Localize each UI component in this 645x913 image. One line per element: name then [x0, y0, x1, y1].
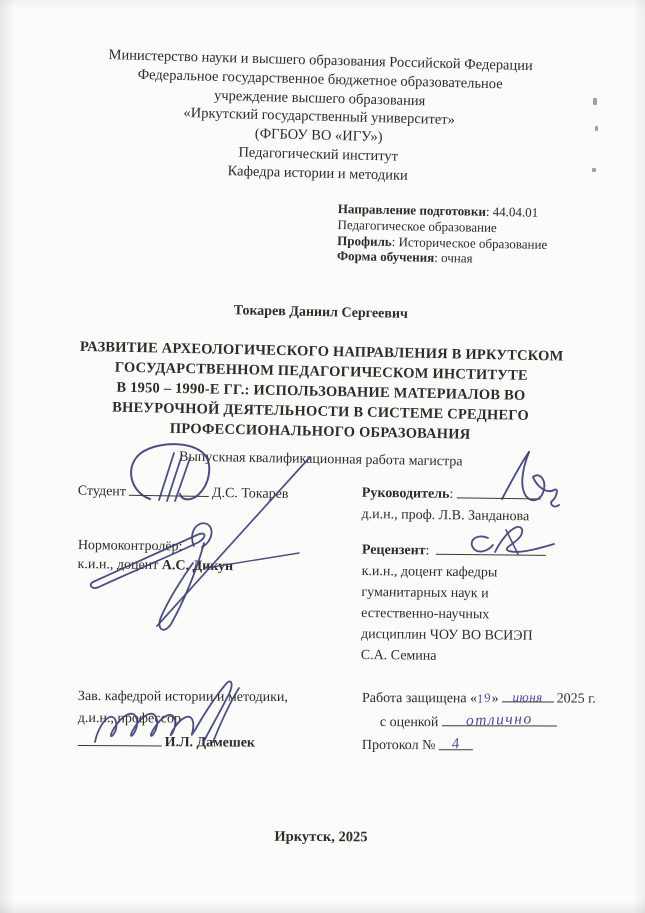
handwritten-protocol-number: 4	[451, 733, 461, 757]
reviewer-colon: :	[426, 543, 434, 558]
scanned-thesis-title-page: Министерство науки и высшего образования…	[0, 0, 645, 913]
normcontrol-prefix: к.и.н., доцент	[77, 557, 161, 573]
defense-info-block: Работа защищена «19»июня2025 г. с оценко…	[362, 686, 596, 758]
department-head-block: Зав. кафедрой истории и методики, д.и.н.…	[78, 686, 288, 755]
supervisor-row: Руководитель:	[362, 481, 544, 506]
normcontrol-name-row: к.и.н., доцент А.С. Дикун	[77, 555, 233, 576]
department-head-line: Зав. кафедрой истории и методики,	[78, 686, 288, 709]
defense-prefix: Работа защищена «	[362, 691, 477, 706]
reviewer-line: естественно-научных	[361, 603, 548, 626]
scan-artifact	[593, 98, 597, 105]
department-head-signature-line	[78, 730, 162, 746]
reviewer-label: Рецензент	[362, 543, 426, 559]
reviewer-line: гуманитарных наук и	[361, 582, 548, 605]
student-name: Д.С. Токарев	[212, 486, 289, 502]
normcontrol-label: Нормоконтролёр:	[78, 536, 234, 557]
defense-year: 2025 г.	[557, 692, 596, 707]
reviewer-row: Рецензент:	[362, 538, 549, 563]
defense-month-line: июня	[502, 686, 554, 702]
program-form-value: : очная	[434, 250, 473, 266]
program-direction-label: Направление подготовки	[338, 201, 486, 219]
defense-date-row: Работа защищена «19»июня2025 г.	[362, 686, 596, 711]
supervisor-name: д.и.н., проф. Л.В. Занданова	[361, 504, 543, 528]
grade-line: отлично	[441, 710, 556, 726]
protocol-label: Протокол №	[362, 738, 436, 753]
supervisor-label: Руководитель	[362, 486, 450, 502]
supervisor-colon: :	[449, 487, 453, 502]
grade-row: с оценкойотлично	[362, 710, 596, 735]
supervisor-block: Руководитель: д.и.н., проф. Л.В. Зандано…	[361, 481, 543, 527]
reviewer-line: дисциплин ЧОУ ВО ВСИЭП	[361, 624, 548, 647]
program-profile-label: Профиль	[337, 233, 392, 249]
department-head-name: И.Л. Дамешек	[165, 735, 255, 750]
reviewer-name: С.А. Семина	[361, 645, 548, 668]
author-name: Токарев Даниил Сергеевич	[32, 299, 610, 327]
thesis-title: РАЗВИТИЕ АРХЕОЛОГИЧЕСКОГО НАПРАВЛЕНИЯ В …	[34, 336, 608, 447]
handwritten-day: 19	[476, 686, 494, 711]
student-signature-row: СтудентД.С. Токарев	[78, 479, 289, 503]
reviewer-signature-line	[436, 539, 546, 556]
supervisor-signature-line	[456, 482, 540, 499]
university-header: Министерство науки и высшего образования…	[29, 44, 610, 191]
reviewer-block: Рецензент: к.и.н., доцент кафедры гумани…	[361, 538, 549, 668]
handwritten-grade: отлично	[465, 707, 533, 732]
handwritten-month: июня	[513, 685, 543, 708]
program-form-label: Форма обучения	[337, 248, 435, 265]
program-direction-value: : 44.04.01	[486, 204, 539, 220]
city-year: Иркутск, 2025	[32, 827, 610, 848]
scan-artifact	[592, 168, 596, 172]
student-label: Студент	[78, 484, 126, 500]
department-head-line: д.и.н., профессор	[78, 708, 288, 731]
scan-artifact	[595, 126, 598, 131]
program-info: Направление подготовки: 44.04.01 Педагог…	[337, 201, 548, 268]
protocol-row: Протокол №4	[362, 734, 596, 758]
normcontrol-block: Нормоконтролёр: к.и.н., доцент А.С. Дику…	[77, 536, 233, 576]
protocol-line: 4	[438, 734, 472, 750]
defense-mid: »	[492, 691, 499, 706]
normcontrol-name: А.С. Дикун	[162, 558, 234, 574]
grade-label: с оценкой	[380, 715, 439, 730]
student-signature-line	[129, 480, 209, 497]
department-head-signature-row: И.Л. Дамешек	[78, 730, 288, 755]
work-type-subtitle: Выпускная квалификационная работа магист…	[32, 447, 610, 473]
reviewer-line: к.и.н., доцент кафедры	[362, 561, 549, 584]
